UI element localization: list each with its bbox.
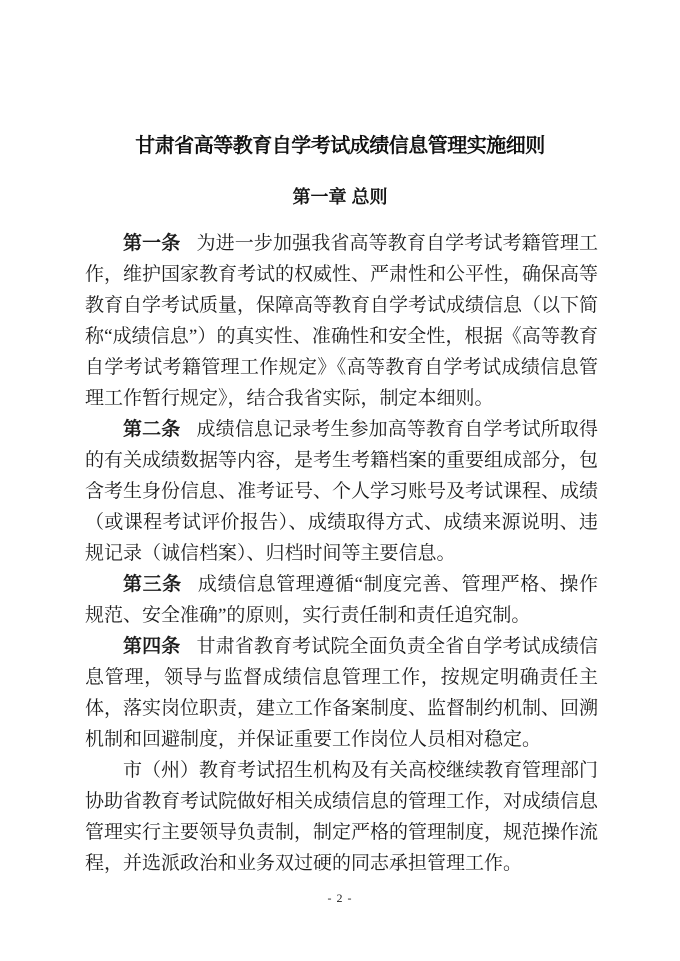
article-number: 第四条	[123, 636, 180, 657]
paragraph-article-3: 第三条成绩信息管理遵循“制度完善、管理严格、操作规范、安全准确”的原则，实行责任…	[85, 569, 598, 631]
article-number: 第二条	[123, 419, 180, 440]
paragraph-article-1: 第一条为进一步加强我省高等教育自学考试考籍管理工作，维护国家教育考试的权威性、严…	[85, 228, 598, 414]
article-number: 第三条	[123, 574, 182, 595]
paragraph-continuation: 市（州）教育考试招生机构及有关高校继续教育管理部门协助省教育考试院做好相关成绩信…	[85, 755, 598, 879]
article-text: 成绩信息记录考生参加高等教育自学考试所取得的有关成绩数据等内容，是考生考籍档案的…	[85, 419, 598, 564]
page-number: - 2 -	[0, 891, 680, 906]
document-body: 第一条为进一步加强我省高等教育自学考试考籍管理工作，维护国家教育考试的权威性、严…	[85, 228, 598, 879]
document-page: 甘肃省高等教育自学考试成绩信息管理实施细则 第一章 总则 第一条为进一步加强我省…	[0, 0, 680, 961]
article-number: 第一条	[123, 233, 180, 254]
article-text: 为进一步加强我省高等教育自学考试考籍管理工作，维护国家教育考试的权威性、严肃性和…	[85, 233, 598, 409]
chapter-heading: 第一章 总则	[0, 184, 680, 210]
article-text: 市（州）教育考试招生机构及有关高校继续教育管理部门协助省教育考试院做好相关成绩信…	[85, 760, 598, 874]
paragraph-article-4: 第四条甘肃省教育考试院全面负责全省自学考试成绩信息管理，领导与监督成绩信息管理工…	[85, 631, 598, 755]
paragraph-article-2: 第二条成绩信息记录考生参加高等教育自学考试所取得的有关成绩数据等内容，是考生考籍…	[85, 414, 598, 569]
document-title: 甘肃省高等教育自学考试成绩信息管理实施细则	[0, 132, 680, 160]
